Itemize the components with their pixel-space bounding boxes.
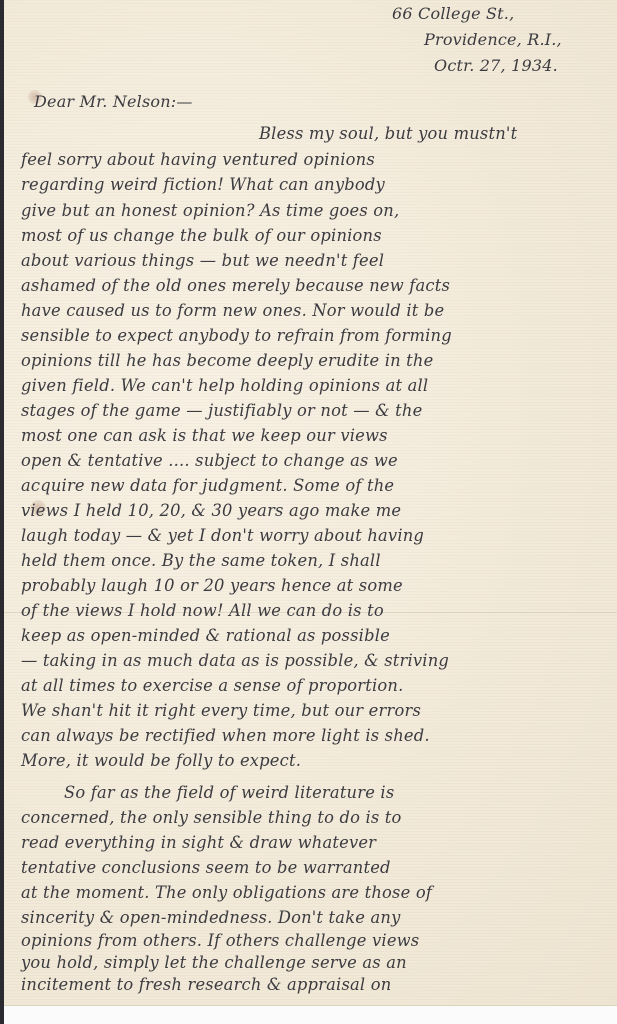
text-line: sensible to expect anybody to refrain fr… bbox=[21, 326, 452, 345]
address-line-2: Providence, R.I., bbox=[424, 30, 562, 49]
text-line: about various things — but we needn't fe… bbox=[21, 251, 384, 270]
text-line: have caused us to form new ones. Nor wou… bbox=[21, 301, 444, 320]
text-line: given field. We can't help holding opini… bbox=[21, 376, 428, 395]
text-line: keep as open-minded & rational as possib… bbox=[21, 626, 390, 645]
text-line: give but an honest opinion? As time goes… bbox=[21, 201, 399, 220]
letter-date: Octr. 27, 1934. bbox=[434, 56, 558, 75]
salutation: Dear Mr. Nelson:— bbox=[34, 92, 193, 111]
text-line: probably laugh 10 or 20 years hence at s… bbox=[21, 576, 403, 595]
text-line: concerned, the only sensible thing to do… bbox=[21, 808, 402, 827]
text-line: views I held 10, 20, & 30 years ago make… bbox=[21, 501, 401, 520]
text-line: regarding weird fiction! What can anybod… bbox=[21, 175, 385, 194]
text-line: can always be rectified when more light … bbox=[21, 726, 430, 745]
text-line: opinions till he has become deeply erudi… bbox=[21, 351, 433, 370]
text-line: at all times to exercise a sense of prop… bbox=[21, 676, 403, 695]
text-line: at the moment. The only obligations are … bbox=[21, 883, 432, 902]
text-line: you hold, simply let the challenge serve… bbox=[21, 953, 407, 972]
text-line: We shan't hit it right every time, but o… bbox=[21, 701, 421, 720]
text-line: More, it would be folly to expect. bbox=[21, 751, 301, 770]
text-line: of the views I hold now! All we can do i… bbox=[21, 601, 384, 620]
text-line: So far as the field of weird literature … bbox=[64, 783, 394, 802]
text-line: Bless my soul, but you mustn't bbox=[259, 124, 517, 143]
letter-page: 66 College St., Providence, R.I., Octr. … bbox=[4, 0, 617, 1006]
text-line: feel sorry about having ventured opinion… bbox=[21, 150, 375, 169]
text-line: open & tentative .... subject to change … bbox=[21, 451, 398, 470]
address-line-1: 66 College St., bbox=[392, 4, 514, 23]
text-line: incitement to fresh research & appraisal… bbox=[21, 975, 391, 994]
text-line: — taking in as much data as is possible,… bbox=[21, 651, 449, 670]
text-line: read everything in sight & draw whatever bbox=[21, 833, 376, 852]
text-line: tentative conclusions seem to be warrant… bbox=[21, 858, 391, 877]
text-line: most one can ask is that we keep our vie… bbox=[21, 426, 388, 445]
text-line: sincerity & open-mindedness. Don't take … bbox=[21, 908, 400, 927]
text-line: ashamed of the old ones merely because n… bbox=[21, 276, 450, 295]
text-line: stages of the game — justifiably or not … bbox=[21, 401, 422, 420]
text-line: acquire new data for judgment. Some of t… bbox=[21, 476, 394, 495]
text-line: laugh today — & yet I don't worry about … bbox=[21, 526, 424, 545]
text-line: opinions from others. If others challeng… bbox=[21, 931, 419, 950]
text-line: held them once. By the same token, I sha… bbox=[21, 551, 381, 570]
text-line: most of us change the bulk of our opinio… bbox=[21, 226, 382, 245]
